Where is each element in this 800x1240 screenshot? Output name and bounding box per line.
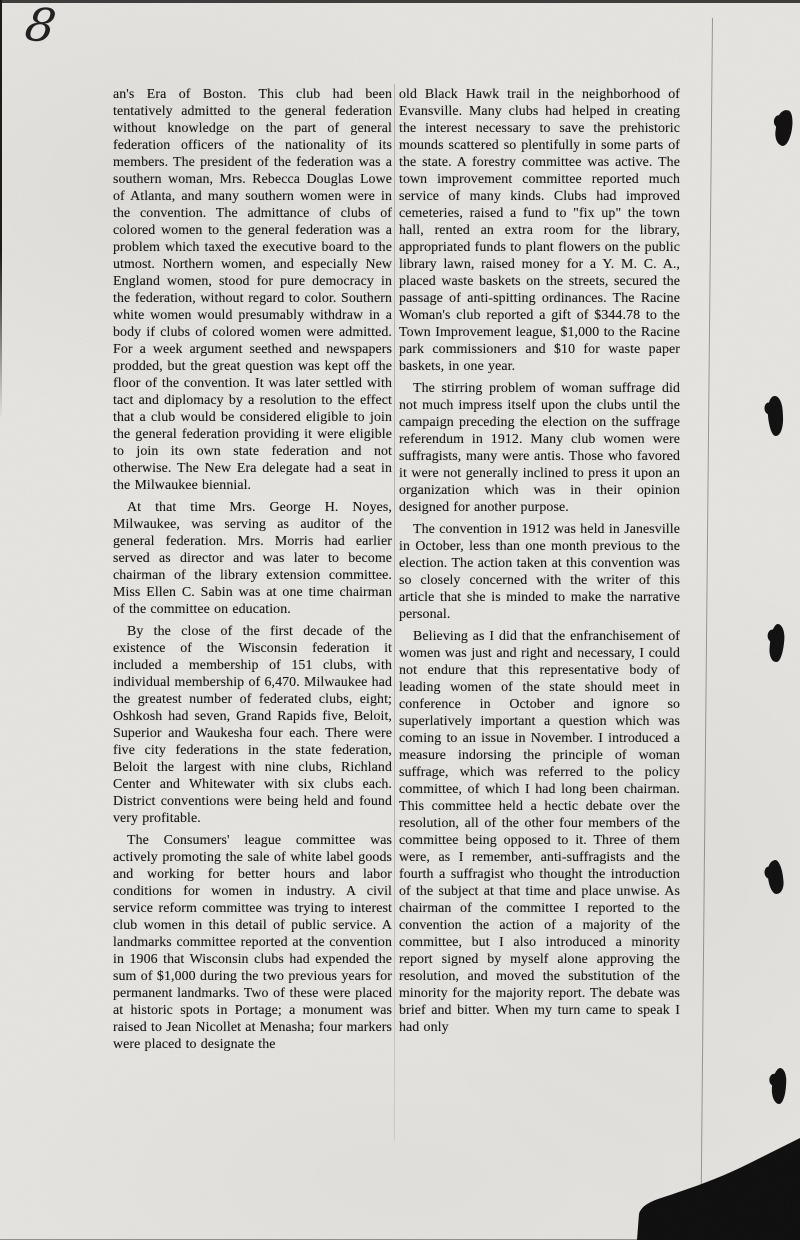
ink-blot — [767, 396, 785, 437]
handwritten-page-number: 8 — [22, 1, 59, 49]
paragraph: The stirring problem of woman suffrage d… — [399, 380, 680, 516]
paragraph: old Black Hawk trail in the neighborhood… — [399, 86, 680, 375]
right-column: old Black Hawk trail in the neighborhood… — [399, 86, 680, 1041]
ink-blot — [766, 859, 784, 894]
paragraph: an's Era of Boston. This club had been t… — [113, 86, 392, 494]
column-divider-rule — [394, 84, 395, 1140]
newspaper-scan-page: 8 an's Era of Boston. This club had been… — [0, 0, 800, 1240]
scan-edge-top — [0, 0, 800, 3]
ink-blot — [768, 623, 785, 662]
paragraph: Believing as I did that the enfranchisem… — [399, 628, 680, 1036]
paragraph: At that time Mrs. George H. Noyes, Milwa… — [113, 499, 392, 618]
scan-edge-left — [0, 0, 2, 420]
left-column: an's Era of Boston. This club had been t… — [113, 86, 392, 1058]
paragraph: The convention in 1912 was held in Janes… — [399, 521, 680, 623]
paragraph: The Consumers' league committee was acti… — [113, 832, 392, 1053]
ink-blot — [771, 1068, 787, 1105]
ink-blot — [774, 109, 795, 147]
right-margin-rule — [700, 18, 713, 1240]
paragraph: By the close of the first decade of the … — [113, 623, 392, 827]
